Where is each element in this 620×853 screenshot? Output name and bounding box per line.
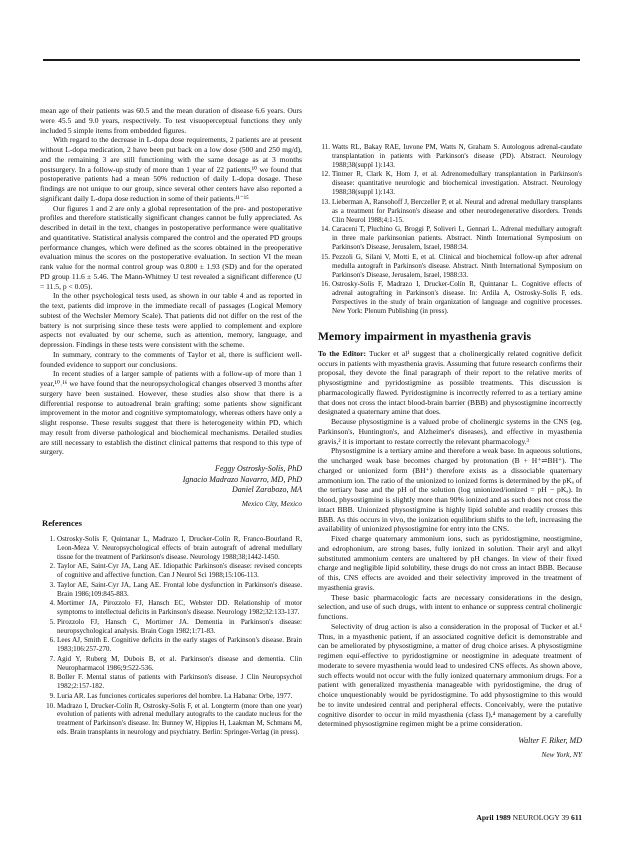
references-heading: References: [42, 519, 302, 529]
body-paragraph: Because physostigmine is a valued probe …: [318, 417, 582, 446]
reference-item: 4.Mortimer JA, Pirozzolo FJ, Hansch EC, …: [43, 599, 302, 617]
body-paragraph: In recent studies of a larger sample of …: [40, 369, 302, 457]
page-number: 611: [571, 813, 582, 822]
reference-item: 13.Lieberman A, Ransohoff J, Berczeller …: [318, 198, 582, 225]
left-column: mean age of their patients was 60.5 and …: [40, 106, 302, 738]
lead-in: To the Editor:: [318, 349, 366, 358]
reference-item: 16.Ostrosky-Solís F, Madrazo I, Drucker-…: [318, 280, 582, 316]
reference-item: 7.Agid Y, Ruberg M, Dubois B, et al. Par…: [43, 655, 302, 673]
header-rule: [43, 59, 580, 61]
right-column: 11.Watts RL, Bakay RAE, Iuvone PM, Watts…: [318, 143, 582, 759]
reference-item: 5.Pirozzolo FJ, Hansch C, Mortimer JA. D…: [43, 618, 302, 636]
body-paragraph: Our figures 1 and 2 are only a global re…: [40, 204, 302, 292]
journal-name: NEUROLOGY 39: [513, 813, 569, 822]
author-signature: Walter F. Riker, MD: [318, 736, 582, 747]
body-paragraph: These basic pharmacologic facts are nece…: [318, 593, 582, 622]
author-signature: Feggy Ostrosky-Solís, PhD: [40, 464, 302, 475]
body-paragraph: mean age of their patients was 60.5 and …: [40, 106, 302, 135]
body-paragraph: In the other psychological tests used, a…: [40, 291, 302, 350]
reference-list: 1.Ostrosky-Solís F, Quintanar L, Madrazo…: [40, 535, 302, 737]
body-paragraph: In summary, contrary to the comments of …: [40, 350, 302, 370]
author-location: New York, NY: [318, 750, 582, 760]
author-signature: Daniel Zarabozo, MA: [40, 485, 302, 496]
body-paragraph: Selectivity of drug action is also a con…: [318, 622, 582, 729]
reference-item: 10.Madrazo I, Drucker-Colín R, Ostrosky-…: [43, 702, 302, 738]
page-footer: April 1989 NEUROLOGY 39 611: [476, 813, 582, 822]
reference-item: 2.Taylor AE, Saint-Cyr JA, Lang AE. Idio…: [43, 562, 302, 580]
reference-item: 12.Tintner R, Clark K, Hom J, et al. Adr…: [318, 170, 582, 197]
issue-date: April 1989: [476, 813, 510, 822]
author-signature: Ignacio Madrazo Navarro, MD, PhD: [40, 475, 302, 486]
body-paragraph: With regard to the decrease in L-dopa do…: [40, 135, 302, 203]
reference-item: 3.Taylor AE, Saint-Cyr JA, Lang AE. Fron…: [43, 581, 302, 599]
author-location: Mexico City, Mexico: [40, 499, 302, 509]
body-paragraph: Physostigmine is a tertiary amine and th…: [318, 446, 582, 534]
body-paragraph: To the Editor: Tucker et al¹ suggest tha…: [318, 349, 582, 417]
reference-item: 8.Boller F. Mental status of patients wi…: [43, 673, 302, 691]
article-title: Memory impairment in myasthenia gravis: [318, 332, 582, 342]
body-paragraph: Fixed charge quaternary ammonium ions, s…: [318, 534, 582, 593]
reference-item: 6.Lees AJ, Smith E. Cognitive deficits i…: [43, 636, 302, 654]
reference-item: 15.Pezzoli G, Silani V, Motti E, et al. …: [318, 253, 582, 280]
reference-list: 11.Watts RL, Bakay RAE, Iuvone PM, Watts…: [318, 143, 582, 316]
reference-item: 1.Ostrosky-Solís F, Quintanar L, Madrazo…: [43, 535, 302, 562]
reference-item: 9.Luria AR. Las funciones corticales sup…: [43, 692, 302, 701]
reference-item: 14.Caraceni T, Pluchino G, Broggi P, Sol…: [318, 225, 582, 252]
reference-item: 11.Watts RL, Bakay RAE, Iuvone PM, Watts…: [318, 143, 582, 170]
